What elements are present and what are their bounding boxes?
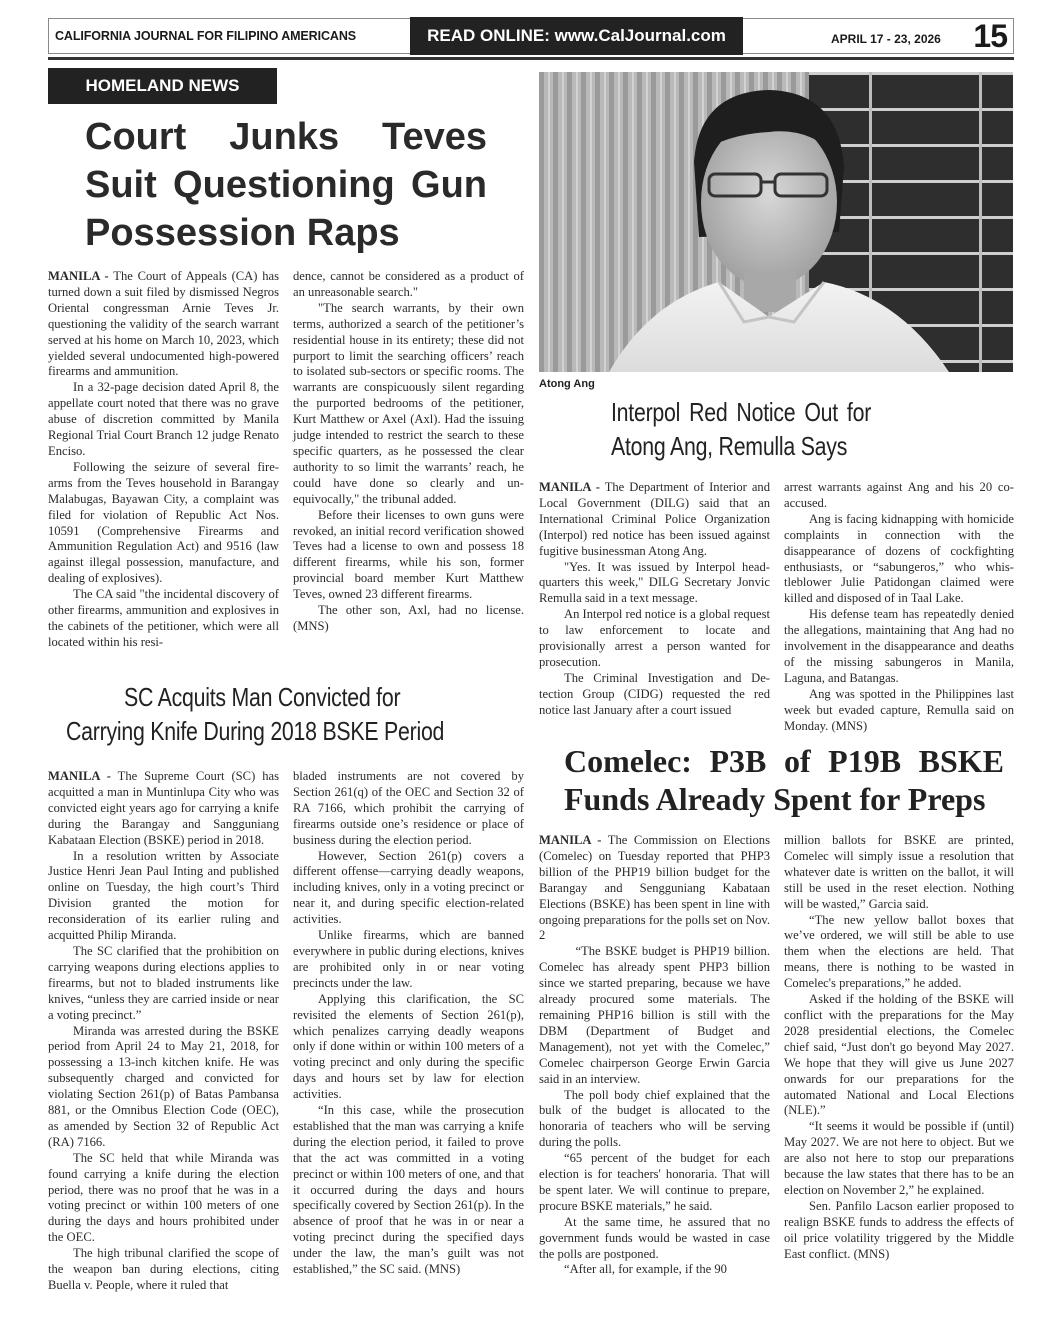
article-atong-col-2: arrest warrants against Ang and his 20 c… <box>784 480 1014 735</box>
headline-line: SC Acquits Man Convicted for <box>124 680 534 714</box>
paragraph: Unlike firearms, which are banned everyw… <box>293 928 524 992</box>
article-teves-col-2: dence, cannot be considered as a product… <box>293 269 524 635</box>
article-teves-col-1: MANILA - The Court of Appeals (CA) has t… <box>48 269 279 651</box>
paragraph: “The new yellow ballot boxes that we’ve … <box>784 913 1014 993</box>
paragraph: In a 32-page decision dated April 8, the… <box>48 380 279 460</box>
photo-caption: Atong Ang <box>539 378 595 390</box>
paragraph: The CA said "the incidental discov­ery o… <box>48 587 279 651</box>
paragraph: “After all, for example, if the 90 <box>539 1262 770 1278</box>
paragraph: “65 percent of the budget for each elect… <box>539 1151 770 1215</box>
headline-line: Possession Raps <box>85 209 487 257</box>
photo-atong-ang <box>539 72 1013 372</box>
headline-teves: Court Junks Teves Suit Questioning Gun P… <box>85 113 487 257</box>
page-number: 15 <box>973 18 1007 55</box>
headline-sc-knife-2: Carrying Knife During 2018 BSKE Period <box>66 714 558 748</box>
portrait-photo-icon <box>539 72 1013 372</box>
dateline: MANILA - <box>539 833 601 847</box>
paragraph: “The BSKE budget is PHP19 billion. Comel… <box>539 944 770 1087</box>
dateline: MANILA - <box>48 769 111 783</box>
paragraph: MANILA - The Commission on Elec­tions (C… <box>539 833 770 944</box>
paragraph: “It seems it would be possible if (until… <box>784 1119 1014 1199</box>
paragraph-continued: million ballots for BSKE are printed, Co… <box>784 833 1014 913</box>
dateline: MANILA - <box>48 269 109 283</box>
headline-line: Interpol Red Notice Out for <box>611 395 1021 429</box>
paragraph: The SC held that while Miranda was found… <box>48 1151 279 1246</box>
article-atong-col-1: MANILA - The Department of Interior and … <box>539 480 770 719</box>
masthead: CALIFORNIA JOURNAL FOR FILIPINO AMERICAN… <box>48 18 1014 54</box>
paragraph: At the same time, he assured that no gov… <box>539 1215 770 1263</box>
paragraph: MANILA - The Supreme Court (SC) has acqu… <box>48 769 279 849</box>
issue-date: APRIL 17 - 23, 2026 <box>831 32 941 46</box>
article-sc-col-2: bladed instruments are not covered by Se… <box>293 769 524 1278</box>
article-comelec-col-1: MANILA - The Commission on Elec­tions (C… <box>539 833 770 1278</box>
article-sc-col-1: MANILA - The Supreme Court (SC) has acqu… <box>48 769 279 1294</box>
paragraph: "Yes. It was issued by Interpol head­qua… <box>539 560 770 608</box>
paragraph: Following the seizure of several fire­ar… <box>48 460 279 587</box>
paragraph: MANILA - The Department of Interior and … <box>539 480 770 560</box>
headline-atong-ang: Interpol Red Notice Out for Atong Ang, R… <box>611 395 1021 463</box>
paragraph: The SC clarified that the prohibition on… <box>48 944 279 1024</box>
paragraph: MANILA - The Court of Appeals (CA) has t… <box>48 269 279 380</box>
headline-line: Comelec: P3B of P19B BSKE <box>564 742 1004 780</box>
paragraph: His defense team has repeatedly de­nied … <box>784 607 1014 687</box>
paragraph-continued: dence, cannot be considered as a product… <box>293 269 524 301</box>
paragraph: Before their licenses to own guns were r… <box>293 508 524 603</box>
headline-line: Atong Ang, Remulla Says <box>611 429 1021 463</box>
paragraph-continued: arrest warrants against Ang and his 20 c… <box>784 480 1014 512</box>
paragraph: Miranda was arrested during the BSKE per… <box>48 1024 279 1151</box>
article-comelec-col-2: million ballots for BSKE are printed, Co… <box>784 833 1014 1262</box>
paragraph: "The search warrants, by their own terms… <box>293 301 524 508</box>
section-label: HOMELAND NEWS <box>48 68 277 104</box>
paragraph: An Interpol red notice is a global re­qu… <box>539 607 770 671</box>
dateline: MANILA - <box>539 480 600 494</box>
paragraph: Applying this clarification, the SC revi… <box>293 992 524 1103</box>
headline-comelec: Comelec: P3B of P19B BSKE Funds Already … <box>564 742 1004 818</box>
paragraph: However, Section 261(p) covers a differe… <box>293 849 524 929</box>
paragraph: The poll body chief explained that the b… <box>539 1088 770 1152</box>
paragraph: The other son, Axl, had no license. (MNS… <box>293 603 524 635</box>
headline-line: Suit Questioning Gun <box>85 161 487 209</box>
paragraph: Asked if the holding of the BSKE will co… <box>784 992 1014 1119</box>
headline-sc-knife-1: SC Acquits Man Convicted for <box>124 680 534 714</box>
paragraph: Sen. Panfilo Lacson earlier proposed to … <box>784 1199 1014 1263</box>
read-online-link[interactable]: READ ONLINE: www.CalJournal.com <box>410 17 743 55</box>
headline-line: Funds Already Spent for Preps <box>564 780 1004 818</box>
headline-line: Carrying Knife During 2018 BSKE Period <box>66 714 558 748</box>
paragraph: “In this case, while the prosecution est… <box>293 1103 524 1278</box>
paragraph: In a resolution written by Associate Jus… <box>48 849 279 944</box>
paragraph: Ang was spotted in the Philippines last … <box>784 687 1014 735</box>
paragraph: The Criminal Investigation and De­tectio… <box>539 671 770 719</box>
headline-line: Court Junks Teves <box>85 113 487 161</box>
paragraph-continued: bladed instruments are not covered by Se… <box>293 769 524 849</box>
paragraph-text: The Commission on Elec­tions (Comelec) o… <box>539 833 770 942</box>
paragraph: The high tribunal clarified the scope of… <box>48 1246 279 1294</box>
publication-name: CALIFORNIA JOURNAL FOR FILIPINO AMERICAN… <box>55 29 356 43</box>
masthead-rule <box>48 57 1014 60</box>
paragraph: Ang is facing kidnapping with homi­cide … <box>784 512 1014 607</box>
paragraph-text: The Court of Appeals (CA) has turned dow… <box>48 269 279 378</box>
